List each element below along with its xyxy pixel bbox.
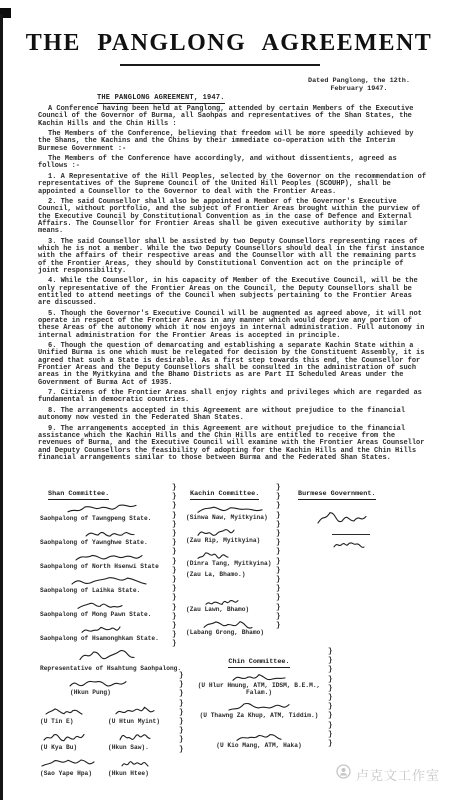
signature-entry: (U Kio Mang, ATM, Haka): [192, 730, 326, 760]
signature-scribble: [40, 756, 108, 770]
signature-scribble: [192, 700, 326, 712]
dateline: Dated Panglong, the 12th. February 1947.: [308, 77, 410, 93]
signature-scribble: [66, 502, 176, 515]
signatory-label: (Zau La, Bhamo.): [186, 571, 282, 578]
signature-scribble: [76, 598, 176, 611]
signature-scribble: [192, 670, 326, 682]
document-subheading: THE PANGLONG AGREEMENT, 1947.: [97, 94, 225, 104]
intro-paragraph: The Members of the Conference have accor…: [38, 156, 428, 171]
signature-scribble: [74, 550, 176, 563]
signatory-label: (Sinwa Naw, Myitkyina): [186, 514, 282, 521]
signatory-label: Saohpalong of Tawngpeng State.: [40, 515, 176, 522]
signature-scribble: [120, 756, 178, 770]
signature-scribble: [70, 574, 176, 587]
signature-entry: Saohpalong of Laihka State.: [40, 574, 176, 598]
signature-entry: Representative of Hsahtung Saohpalong.: [40, 646, 176, 676]
signatory-label: Saohpalong of North Hsenwi State: [40, 563, 176, 570]
signatory-label: (Labang Grong, Bhamo): [186, 629, 282, 636]
column-brace-divider: } } } } } } } } } } } } } } } }: [276, 484, 281, 631]
signatory-label: Saohpalong of Yawnghwe State.: [40, 539, 176, 546]
clause-9: 9. The arrangements accepted in this Agr…: [38, 426, 428, 462]
signatory-label: (U Htun Myint): [108, 718, 178, 725]
signatory-label: Representative of Hsahtung Saohpalong.: [40, 665, 176, 672]
signature-scribble: [80, 622, 176, 635]
clause-1: 1. A Representative of the Hill Peoples,…: [38, 174, 428, 196]
signature-scribble: [84, 526, 176, 539]
signature-entry: (Hkun Pung): [40, 676, 176, 700]
signature-scribble: [316, 515, 368, 533]
signature-entry: Saohpalong of Mong Pawn State.: [40, 598, 176, 622]
signature-entry: (Zau Lawn, Bhamo): [186, 594, 282, 617]
signature-entry: (U Kya Bu): [40, 730, 108, 755]
signatory-label: (Hkun Pung): [70, 689, 176, 696]
clause-5: 5. Though the Governor's Executive Counc…: [38, 311, 428, 340]
dateline-place: Dated Panglong, the 12th.: [308, 77, 410, 85]
signature-scribble: [202, 617, 282, 629]
signature-entry: (Hkun Saw).: [108, 730, 178, 755]
signatory-label: (Hkun Htee): [108, 770, 178, 777]
scan-edge-line: [0, 14, 3, 800]
signatory-label: (U Kya Bu): [40, 744, 108, 751]
document-page: THE PANGLONG AGREEMENT Dated Panglong, t…: [0, 0, 458, 800]
signature-entry: Saohpalong of Hsamonghkam State.: [40, 622, 176, 646]
signature-entry: (Zau Rip, Myitkyina): [186, 525, 282, 548]
chin-committee-column: Chin Committee. (U Hlur Hmung, ATM, IDSM…: [192, 650, 326, 760]
signature-date-scribble: [332, 534, 370, 554]
signature-scribble: [68, 676, 176, 689]
watermark: 卢克文工作室: [336, 764, 440, 784]
signatory-label: (Zau Lawn, Bhamo): [186, 606, 282, 613]
kachin-committee-header: Kachin Committee.: [190, 490, 259, 500]
signature-entry: (Labang Grong, Bhamo): [186, 617, 282, 640]
aung-san-signature: [316, 508, 452, 533]
signature-entry: Saohpalong of Tawngpeng State.: [40, 502, 176, 526]
clause-8: 8. The arrangements accepted in this Agr…: [38, 408, 428, 423]
burmese-government-header: Burmese Government.: [298, 490, 376, 500]
signatory-label: (Zau Rip, Myitkyina): [186, 537, 282, 544]
clause-4: 4. While the Counsellor, in his capacity…: [38, 278, 428, 307]
clause-3: 3. The said Counsellor shall be assisted…: [38, 239, 428, 275]
signatory-label: Saohpalong of Mong Pawn State.: [40, 611, 176, 618]
signature-entry: Saohpalong of North Hsenwi State: [40, 550, 176, 574]
signature-scribble: [42, 730, 108, 744]
shan-committee-header: Shan Committee.: [48, 490, 109, 500]
signatory-label: (Dinra Tang, Myitkyina): [186, 560, 282, 567]
signatory-label: (U Kio Mang, ATM, Haka): [192, 742, 326, 749]
signature-scribble: [196, 548, 282, 560]
burmese-government-column: Burmese Government.: [294, 482, 452, 554]
signatory-label: Saohpalong of Laihka State.: [40, 587, 176, 594]
signature-entry: (Sinwa Naw, Myitkyina): [186, 502, 282, 525]
signature-entry: (U Thawng Za Khup, ATM, Tiddim.): [192, 700, 326, 730]
shan-extra-signatures: (U Tin E) (U Htun Myint) (U Kya Bu) (Hku…: [40, 704, 176, 781]
signature-scribble: [204, 594, 282, 606]
clause-6: 6. Though the question of demarcating an…: [38, 343, 428, 387]
signature-section: Shan Committee. Saohpalong of Tawngpeng …: [40, 482, 452, 782]
signature-entry: (Zau La, Bhamo.): [186, 571, 282, 594]
chin-committee-header: Chin Committee.: [228, 658, 289, 668]
studio-logo-icon: [336, 764, 351, 784]
intro-paragraph: The Members of the Conference, believing…: [38, 131, 428, 153]
signature-entry: (U Htun Myint): [108, 704, 178, 729]
column-brace-divider: } } } } } } } } } } } } } } } } } }: [172, 484, 177, 650]
signature-scribble: [114, 704, 178, 718]
signatory-label: (U Hlur Hmung, ATM, IDSM, B.E.M., Falam.…: [192, 682, 326, 696]
signature-scribble: [192, 730, 326, 742]
signature-entry: (U Tin E): [40, 704, 108, 729]
signature-scribble: [78, 646, 176, 665]
signatory-label: (Sao Yape Hpa): [40, 770, 108, 777]
dateline-date: February 1947.: [308, 85, 410, 93]
kachin-committee-column: Kachin Committee. (Sinwa Naw, Myitkyina)…: [186, 482, 282, 640]
signatory-label: (U Tin E): [40, 718, 108, 725]
signatory-label: (Hkun Saw).: [108, 744, 178, 751]
signature-entry: (Dinra Tang, Myitkyina): [186, 548, 282, 571]
page-title: THE PANGLONG AGREEMENT: [0, 30, 458, 57]
signatory-label: (U Thawng Za Khup, ATM, Tiddim.): [192, 712, 326, 719]
watermark-text: 卢克文工作室: [356, 765, 440, 784]
signatory-label: Saohpalong of Hsamonghkam State.: [40, 635, 176, 642]
signature-entry: (Sao Yape Hpa): [40, 756, 108, 781]
clause-2: 2. The said Counsellor shall also be app…: [38, 199, 428, 235]
shan-committee-column: Shan Committee. Saohpalong of Tawngpeng …: [40, 482, 176, 781]
signature-entry: (Hkun Htee): [108, 756, 178, 781]
signature-scribble: [118, 730, 178, 744]
clause-7: 7. Citizens of the Frontier Areas shall …: [38, 390, 428, 405]
signature-scribble: [196, 525, 282, 537]
title-underline: [120, 64, 320, 66]
column-brace-divider: } } } } } } } } }: [179, 672, 184, 755]
signature-scribble: [196, 502, 282, 514]
signature-scribble: [332, 536, 366, 554]
signature-entry: (U Hlur Hmung, ATM, IDSM, B.E.M., Falam.…: [192, 670, 326, 700]
column-brace-divider: } } } } } } } } } } }: [328, 648, 333, 749]
intro-paragraph: A Conference having been held at Panglon…: [38, 106, 428, 128]
signature-scribble: [44, 704, 108, 718]
agreement-body: A Conference having been held at Panglon…: [38, 106, 428, 465]
signature-entry: Saohpalong of Yawnghwe State.: [40, 526, 176, 550]
